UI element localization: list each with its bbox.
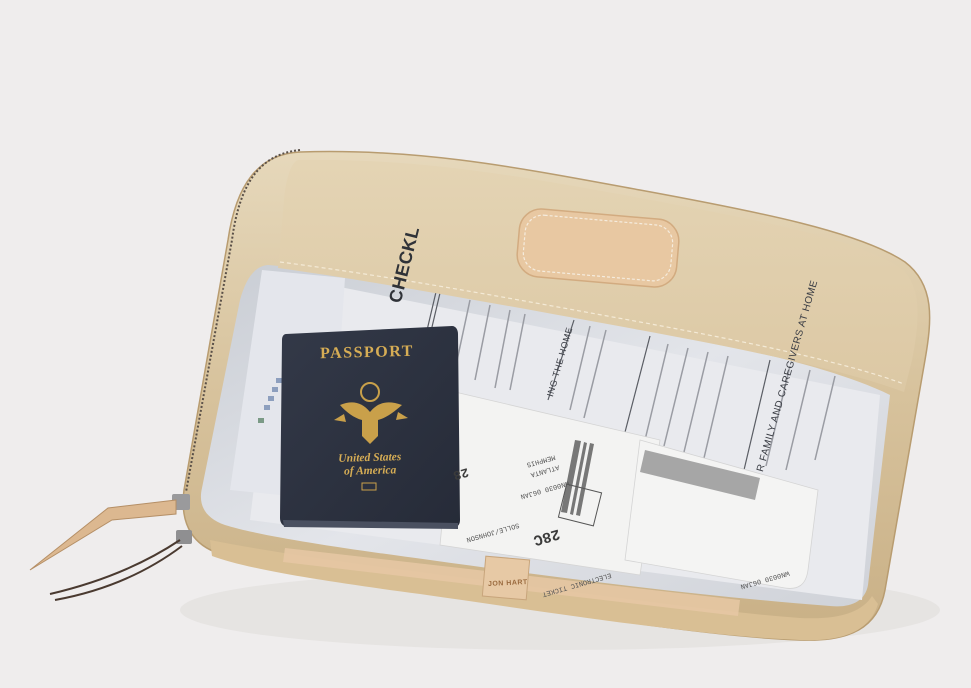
pouch-illustration <box>0 0 971 688</box>
passport-country: United States of America <box>300 450 441 480</box>
brand-tab <box>482 556 529 600</box>
zipper-pull <box>30 494 192 600</box>
leather-patch <box>515 207 680 289</box>
product-photo: PASSPORT United States of America CHECKL… <box>0 0 971 688</box>
